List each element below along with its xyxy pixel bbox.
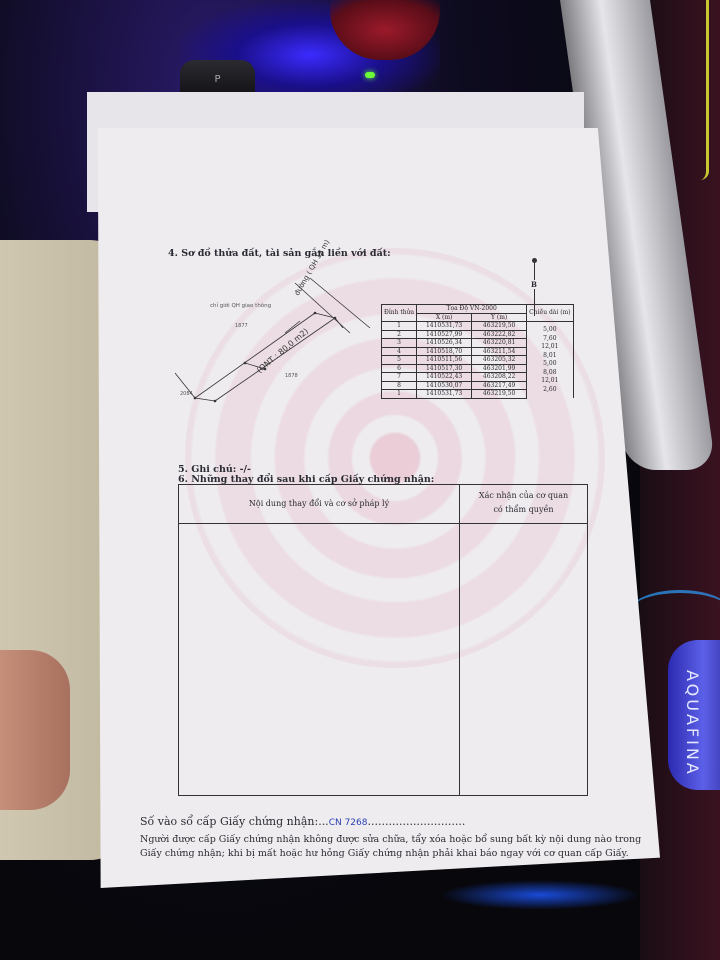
neighbor-label-1877: 1877 bbox=[235, 323, 248, 329]
coordinate-cell-y: 463208,22 bbox=[472, 373, 527, 382]
coordinate-cell-y: 463217,49 bbox=[472, 381, 527, 390]
register-number: Số vào sổ cấp Giấy chứng nhận:...CN 7268… bbox=[140, 815, 465, 828]
section-4-title: 4. Sơ đồ thửa đất, tài sản gắn liền với … bbox=[168, 248, 391, 259]
changes-col1-header: Nội dung thay đổi và cơ sở pháp lý bbox=[179, 499, 459, 508]
coordinate-cell-length: 2,60 bbox=[527, 385, 573, 394]
coordinate-cell-vertex: 3 bbox=[382, 339, 417, 348]
coordinate-cell-x: 1410511,56 bbox=[417, 356, 472, 365]
coordinate-cell-length: 8,08 bbox=[527, 368, 573, 377]
header-vertex: Đỉnh thửa bbox=[382, 305, 417, 322]
coordinate-cell-x: 1410518,70 bbox=[417, 347, 472, 356]
background-cupholder bbox=[630, 590, 720, 633]
header-x: X (m) bbox=[417, 313, 472, 322]
coordinate-cell-y: 463211,54 bbox=[472, 347, 527, 356]
coordinate-cell-x: 1410530,07 bbox=[417, 381, 472, 390]
header-length: Chiều dài (m) bbox=[527, 305, 573, 322]
plot-drawing bbox=[175, 273, 375, 403]
changes-col2-header-line2: có thẩm quyền bbox=[460, 503, 587, 517]
coordinate-cell-vertex: 7 bbox=[382, 373, 417, 382]
certificate-page: 4. Sơ đồ thửa đất, tài sản gắn liền với … bbox=[95, 128, 660, 888]
changes-table: Nội dung thay đổi và cơ sở pháp lý Xác n… bbox=[178, 484, 588, 796]
coordinate-cell-length: 7,60 bbox=[527, 334, 573, 343]
coordinate-cell-y: 463220,81 bbox=[472, 339, 527, 348]
water-bottle: AQUAFINA bbox=[668, 640, 720, 790]
coordinate-cell-x: 1410531,73 bbox=[417, 322, 472, 331]
legal-notice: Người được cấp Giấy chứng nhận không đượ… bbox=[140, 833, 660, 861]
coordinate-cell-vertex: 5 bbox=[382, 356, 417, 365]
coordinate-cell-vertex: 1 bbox=[382, 322, 417, 331]
coordinate-cell-y: 463222,82 bbox=[472, 330, 527, 339]
background-bottom-light bbox=[440, 880, 640, 910]
coordinate-cell-x: 1410517,30 bbox=[417, 364, 472, 373]
coordinate-cell-y: 463219,50 bbox=[472, 322, 527, 331]
coordinate-cell-vertex: 2 bbox=[382, 330, 417, 339]
coordinate-cell-length: 8,01 bbox=[527, 351, 573, 360]
header-coordinate-system: Tọa Độ VN-2000 bbox=[417, 305, 527, 314]
changes-col2-header-line1: Xác nhận của cơ quan bbox=[460, 489, 587, 503]
register-label: Số vào sổ cấp Giấy chứng nhận:... bbox=[140, 815, 329, 828]
coordinate-cell-length: 5,00 bbox=[527, 360, 573, 369]
coordinate-cell-y: 463219,50 bbox=[472, 390, 527, 399]
coordinate-cell-vertex: 8 bbox=[382, 381, 417, 390]
coordinate-cell-length: 5,00 bbox=[527, 326, 573, 335]
background-cable bbox=[700, 0, 709, 180]
neighbor-label-1878: 1878 bbox=[285, 373, 298, 379]
register-dots: ............................ bbox=[367, 815, 465, 828]
header-y: Y (m) bbox=[472, 313, 527, 322]
coordinate-cell-y: 463205,32 bbox=[472, 356, 527, 365]
neighbor-label-2084: 2084 bbox=[180, 391, 193, 397]
coordinate-table: Đỉnh thửa Tọa Độ VN-2000 Chiều dài (m) X… bbox=[381, 304, 574, 399]
coordinate-row: 11410531,73463219,505,00 bbox=[382, 322, 574, 331]
bottle-label: AQUAFINA bbox=[683, 670, 702, 777]
land-plot-diagram: chỉ giới QH giao thông đường ( QH 12 m) … bbox=[175, 273, 375, 403]
coordinate-cell-x: 1410526,34 bbox=[417, 339, 472, 348]
notice-line-2: Giấy chứng nhận; khi bị mất hoặc hư hỏng… bbox=[140, 847, 660, 861]
north-label: B bbox=[531, 280, 537, 289]
coordinate-cell-length: 12,01 bbox=[527, 343, 573, 352]
coordinate-cell-x: 1410531,73 bbox=[417, 390, 472, 399]
background-green-led bbox=[365, 72, 375, 78]
coordinate-cell-x: 1410527,99 bbox=[417, 330, 472, 339]
register-value: CN 7268 bbox=[329, 818, 368, 828]
background-hand bbox=[0, 650, 70, 810]
coordinate-cell-vertex: 6 bbox=[382, 364, 417, 373]
coordinate-cell-vertex: 1 bbox=[382, 390, 417, 399]
coordinate-cell-vertex: 4 bbox=[382, 347, 417, 356]
traffic-boundary-label: chỉ giới QH giao thông bbox=[210, 303, 271, 309]
changes-table-header-line bbox=[179, 523, 587, 524]
coordinate-cell-x: 1410522,43 bbox=[417, 373, 472, 382]
changes-table-divider bbox=[459, 485, 460, 795]
changes-col2-header: Xác nhận của cơ quan có thẩm quyền bbox=[460, 489, 587, 517]
notice-line-1: Người được cấp Giấy chứng nhận không đượ… bbox=[140, 833, 660, 847]
coordinate-cell-y: 463201,99 bbox=[472, 364, 527, 373]
coordinate-cell-length: 12,01 bbox=[527, 377, 573, 386]
